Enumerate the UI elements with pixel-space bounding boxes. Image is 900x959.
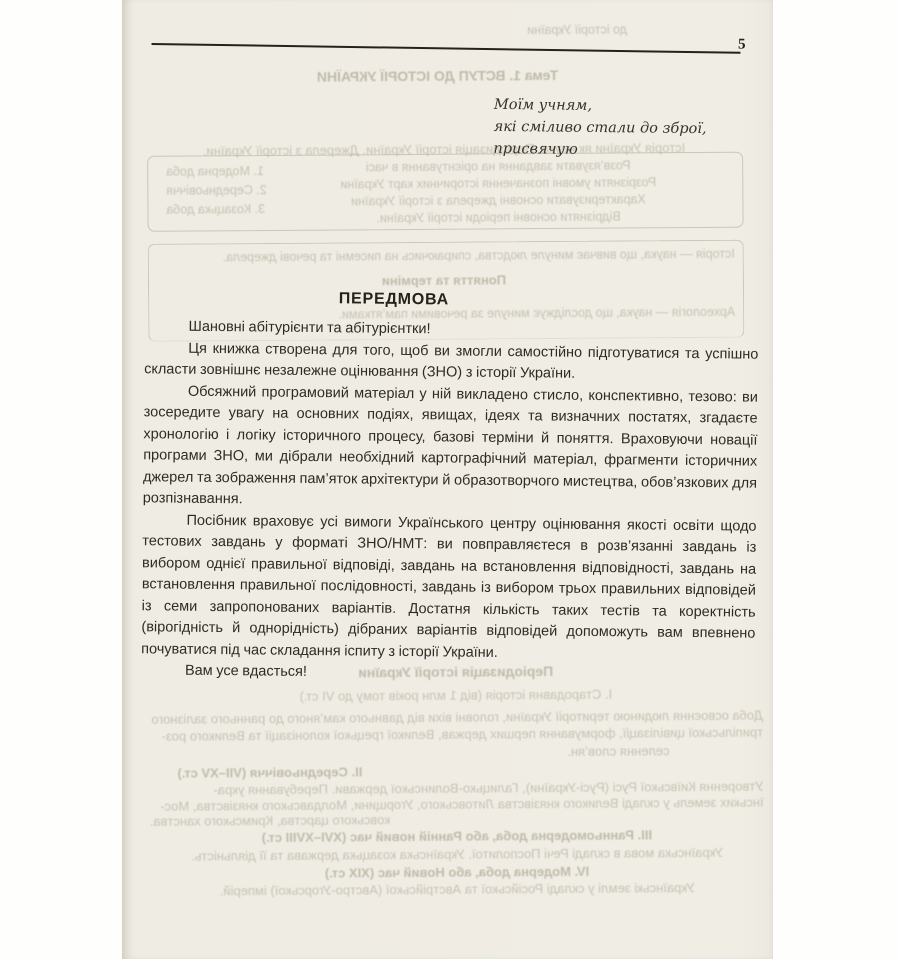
- header-rule: [152, 43, 741, 54]
- preface-paragraph: Обсяжний програмовий матеріал у ній викл…: [143, 381, 758, 516]
- epigraph: Моїм учням, які сміливо стали до зброї, …: [493, 94, 734, 163]
- preface-body: Шановні абітурієнти та абітурієнтки! Ця …: [141, 316, 759, 688]
- scan-background: до історії України Тема 1. ВСТУП ДО ІСТО…: [0, 0, 900, 959]
- epigraph-line: Моїм учням,: [494, 94, 734, 119]
- preface-paragraph: Ця книжка створена для того, щоб ви змог…: [144, 338, 758, 387]
- epigraph-line: присвячую: [493, 138, 733, 163]
- preface-paragraph: Посібник враховує усі вимоги Українськог…: [141, 510, 757, 667]
- epigraph-line: які сміливо стали до зброї,: [494, 116, 734, 141]
- preface-title: ПЕРЕДМОВА: [299, 290, 489, 310]
- printed-layer: 5 Моїм учням, які сміливо стали до зброї…: [122, 0, 773, 959]
- book-page: до історії України Тема 1. ВСТУП ДО ІСТО…: [122, 0, 773, 959]
